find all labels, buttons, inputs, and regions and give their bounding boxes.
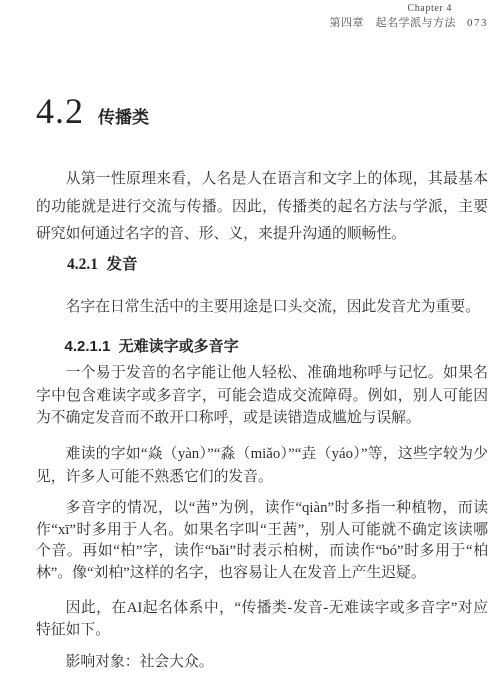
paragraph-ai-naming-system: 因此，在AI起名体系中，“传播类-发音-无难读字或多音字”对应特征如下。 [36, 597, 488, 641]
heading-no-hard-chars: 4.2.1.1无难读字或多音字 [36, 335, 499, 356]
page-header: Chapter 4 第四章 起名学派与方法073 [330, 3, 489, 30]
section-number: 4.2 [36, 91, 84, 131]
paragraph-pronunciation-lead: 名字在日常生活中的主要用途是口头交流，因此发音尤为重要。 [36, 296, 488, 318]
paragraph-intro: 从第一性原理来看，人名是人在语言和文字上的体现，其最基本的功能就是进行交流与传播… [36, 166, 488, 249]
heading-no-hard-chars-number: 4.2.1.1 [65, 338, 111, 355]
section-title: 4.2传播类 [36, 90, 149, 132]
heading-no-hard-chars-text: 无难读字或多音字 [119, 338, 239, 355]
heading-pronunciation-text: 发音 [107, 256, 138, 273]
heading-pronunciation: 4.2.1发音 [36, 252, 499, 274]
page-number: 073 [467, 17, 488, 31]
paragraph-polyphonic-characters: 多音字的情况，以“茜”为例，读作“qiàn”时多指一种植物，而读作“xī”时多用… [36, 498, 488, 584]
running-head-chapter-en: Chapter 4 [330, 3, 489, 16]
paragraph-easy-pronounce: 一个易于发音的名字能让他人轻松、准确地称呼与记忆。如果名字中包含难读字或多音字，… [36, 362, 488, 430]
heading-pronunciation-number: 4.2.1 [67, 256, 98, 273]
running-head-chapter-cn: 第四章 起名学派与方法073 [330, 17, 489, 31]
section-name: 传播类 [98, 108, 149, 127]
paragraph-influence-target: 影响对象：社会大众。 [36, 651, 488, 673]
book-page: Chapter 4 第四章 起名学派与方法073 4.2传播类 从第一性原理来看… [0, 0, 499, 700]
running-head-chapter-title: 第四章 起名学派与方法 [330, 17, 457, 29]
paragraph-rare-characters: 难读的字如“焱（yàn）”“淼（miǎo）”“垚（yáo）”等，这些字较为少见，… [36, 443, 488, 489]
